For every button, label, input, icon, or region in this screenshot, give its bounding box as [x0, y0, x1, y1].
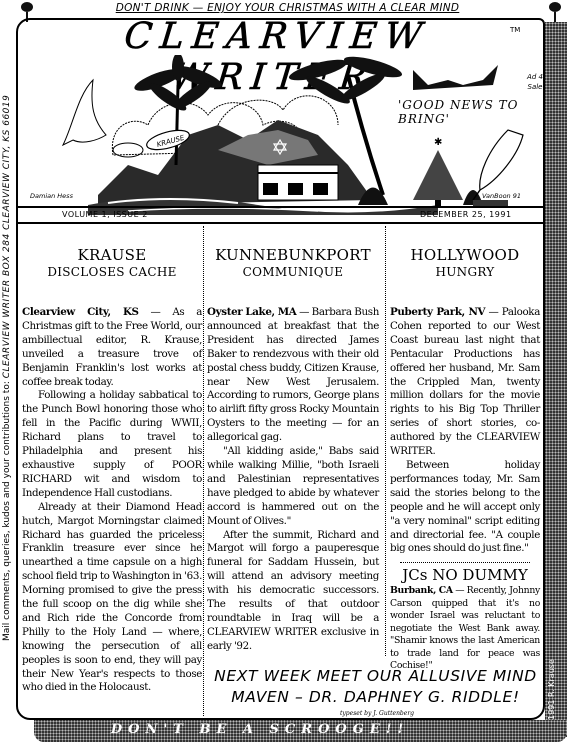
next-week-promo: NEXT WEEK MEET OUR ALLUSIVE MIND MAVEN –… — [208, 666, 543, 708]
side-mail-text: Mail comments, queries, kudos and your c… — [0, 18, 14, 718]
trademark: TM — [510, 26, 520, 34]
art-credit-right: VanBoon 91 — [482, 192, 521, 200]
ad-for-sale-tag: Ad 4 Sale — [527, 72, 543, 92]
masthead-tagline: 'GOOD NEWS TO BRING' — [398, 98, 575, 126]
bottom-slogan: DON'T BE A SCROOGE!! — [60, 722, 460, 737]
article-body-jc: Burbank, CA — Recently, Johnny Carson qu… — [390, 585, 540, 673]
article-body: Clearview City, KS — As a Christmas gift… — [22, 306, 202, 695]
article-headline-jc: JCs NO DUMMY — [390, 565, 540, 585]
article-krause: KRAUSE DISCLOSES CACHE Clearview City, K… — [22, 226, 202, 695]
dateline: Burbank, CA — [390, 585, 453, 596]
dateline: Oyster Lake, MA — [207, 306, 296, 318]
star-icon: ✱ — [434, 137, 442, 148]
article-body: Puberty Park, NV — Palooka Cohen reporte… — [390, 306, 540, 556]
right-border-bar — [545, 22, 567, 737]
divider — [18, 222, 543, 224]
divider — [400, 562, 530, 563]
dateline: Puberty Park, NV — [390, 306, 485, 318]
article-headline: KRAUSE DISCLOSES CACHE — [22, 246, 202, 306]
column-divider — [203, 226, 204, 716]
article-kunnebunkport: KUNNEBUNKPORT COMMUNIQUE Oyster Lake, MA… — [207, 226, 379, 654]
side-mail-address: CLEARVIEW WRITER BOX 284 CLEARVIEW CITY,… — [2, 95, 12, 379]
copyright-text: 1991 R. Krause — [547, 655, 565, 725]
tropical-island-illustration: KRAUSE ✱ — [18, 55, 543, 223]
ornament-icon — [548, 2, 562, 22]
article-body: Oyster Lake, MA — Barbara Bush announced… — [207, 306, 379, 654]
art-credit-left: Damian Hess — [30, 192, 73, 200]
issue-volume: VOLUME 1, ISSUE 2 — [62, 210, 148, 219]
article-hollywood: HOLLYWOOD HUNGRY Puberty Park, NV — Palo… — [390, 226, 540, 673]
top-slogan: DON'T DRINK — ENJOY YOUR CHRISTMAS WITH … — [0, 2, 575, 14]
typeset-credit: typeset by J. Guttenberg — [340, 710, 414, 717]
side-mail-prefix: Mail comments, queries, kudos and your c… — [2, 381, 12, 641]
article-headline: HOLLYWOOD HUNGRY — [390, 246, 540, 306]
dateline: Clearview City, KS — [22, 306, 139, 318]
divider — [18, 206, 543, 208]
article-headline: KUNNEBUNKPORT COMMUNIQUE — [207, 246, 379, 306]
issue-date: DECEMBER 25, 1991 — [420, 210, 512, 219]
column-divider — [385, 226, 386, 656]
